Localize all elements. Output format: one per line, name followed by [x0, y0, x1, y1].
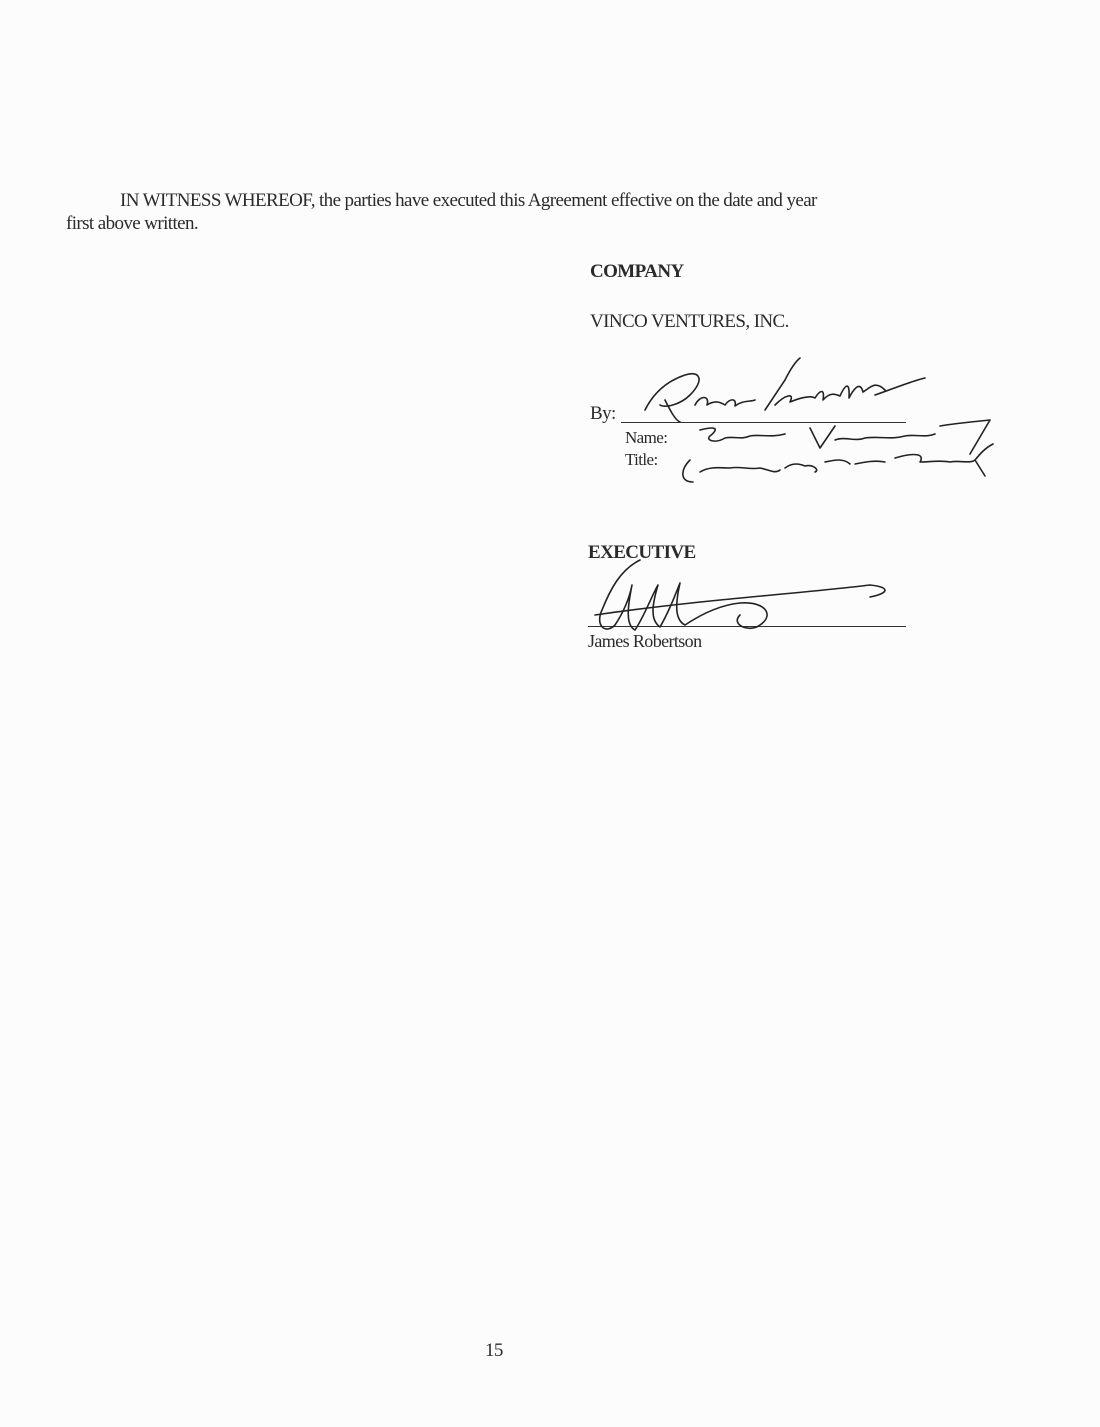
witness-paragraph-line2: first above written. [66, 213, 198, 235]
title-label: Title: [625, 450, 658, 470]
page-number: 15 [485, 1340, 503, 1362]
by-label: By: [590, 403, 616, 425]
witness-paragraph-line1: IN WITNESS WHEREOF, the parties have exe… [120, 190, 817, 212]
company-entity-name: VINCO VENTURES, INC. [590, 311, 789, 333]
executive-signatory-name: James Robertson [588, 631, 702, 652]
document-page: IN WITNESS WHEREOF, the parties have exe… [0, 0, 1100, 1427]
handwritten-title [675, 440, 1005, 490]
company-heading: COMPANY [590, 261, 684, 283]
name-label: Name: [625, 428, 667, 448]
